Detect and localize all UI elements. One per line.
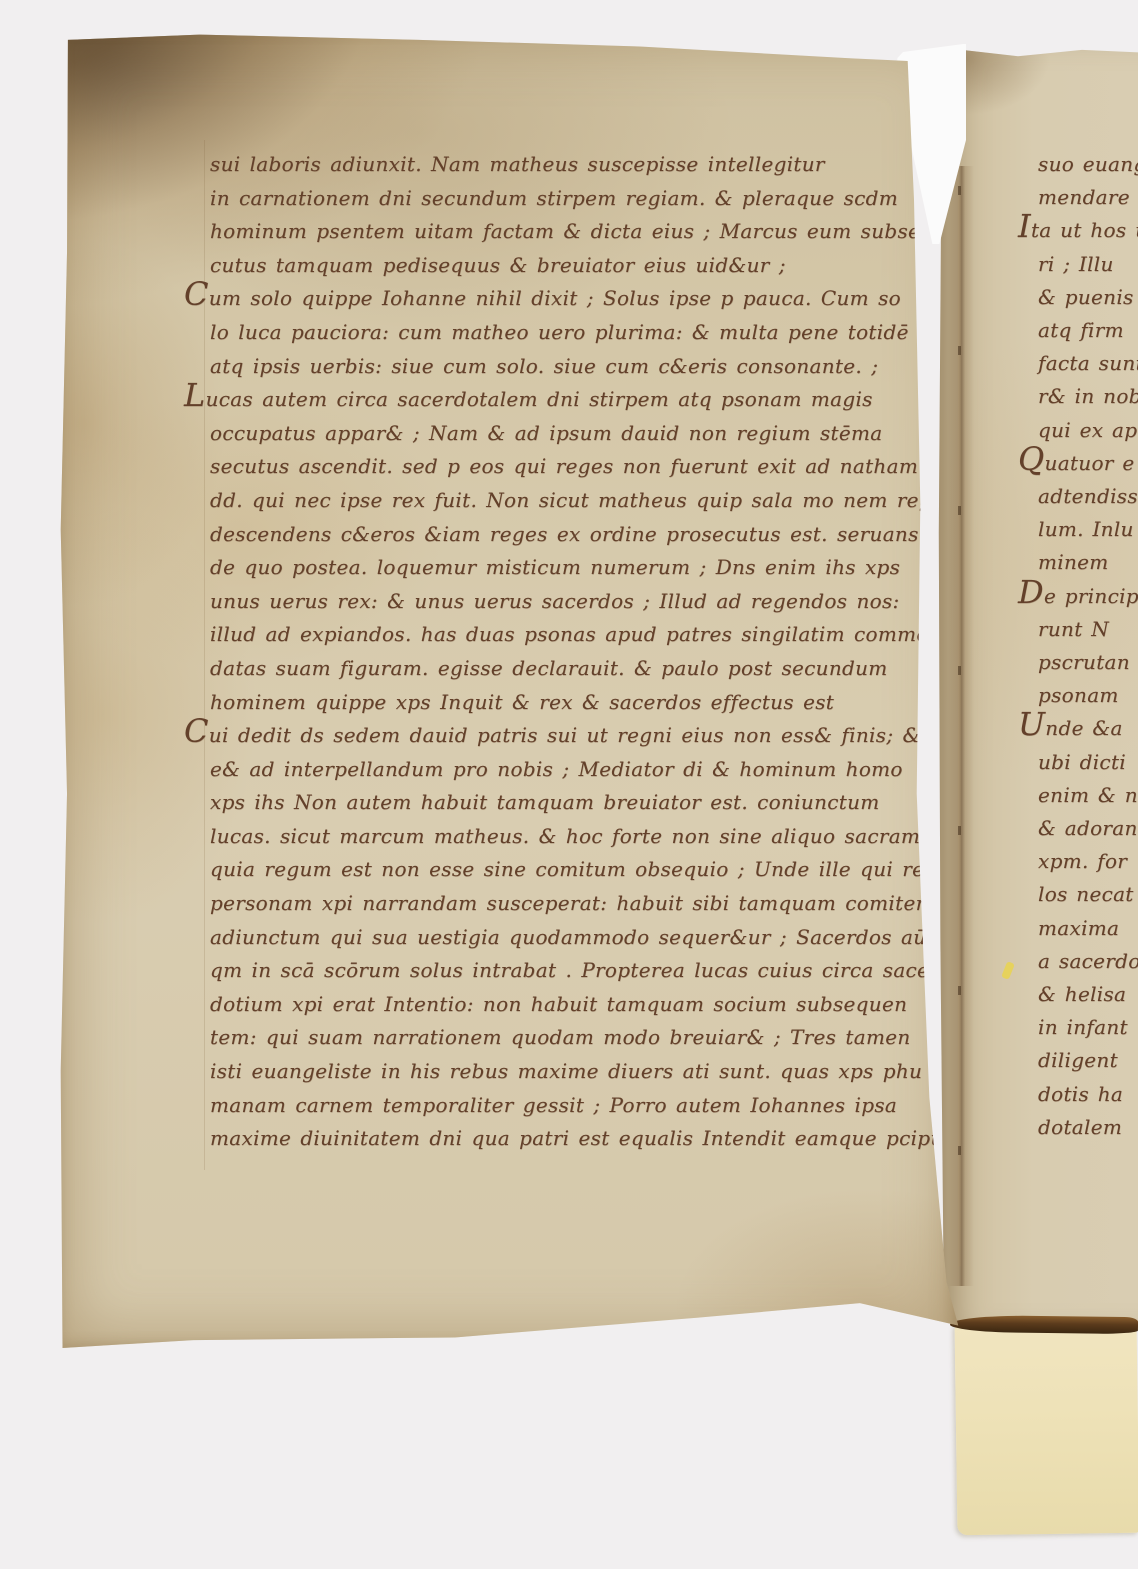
text-line: unus uerus rex: & unus uerus sacerdos ; … — [210, 585, 910, 619]
binding-seam — [948, 166, 974, 1286]
text-line: secutus ascendit. sed p eos qui reges no… — [210, 450, 910, 484]
text-line: qui ex ap — [1038, 414, 1138, 447]
text-line: & adoran — [1038, 812, 1138, 845]
text-line: a sacerdo — [1038, 945, 1138, 978]
text-line: descendens c&eros &iam reges ex ordine p… — [210, 518, 910, 552]
text-line: maxime diuinitatem dni qua patri est equ… — [210, 1122, 910, 1156]
text-line: runt N — [1038, 613, 1138, 646]
text-line: sui laboris adiunxit. Nam matheus suscep… — [210, 148, 910, 182]
facing-page-text: suo euangmendare cIta ut hos uri ; Illu&… — [1018, 148, 1138, 1144]
text-line: pscrutan — [1038, 646, 1138, 679]
text-line: de quo postea. loquemur misticum numerum… — [210, 551, 910, 585]
text-line: e& ad interpellandum pro nobis ; Mediato… — [210, 753, 910, 787]
text-line: Cui dedit ds sedem dauid patris sui ut r… — [184, 719, 910, 753]
text-line: manam carnem temporaliter gessit ; Porro… — [210, 1089, 910, 1123]
text-line: adtendiss — [1038, 480, 1138, 513]
text-line: & puenis — [1038, 281, 1138, 314]
text-line: & helisa — [1038, 978, 1138, 1011]
binding-stitches — [958, 186, 961, 1266]
text-line: lo luca pauciora: cum matheo uero plurim… — [210, 316, 910, 350]
text-line: ri ; Illu — [1038, 248, 1138, 281]
text-line: facta sunt — [1038, 347, 1138, 380]
text-line: los necat — [1038, 878, 1138, 911]
text-line: dotium xpi erat Intentio: non habuit tam… — [210, 988, 910, 1022]
text-line: dotis ha — [1038, 1078, 1138, 1111]
text-line: De princip — [1018, 580, 1138, 613]
text-line: maxima — [1038, 912, 1138, 945]
text-line: illud ad expiandos. has duas psonas apud… — [210, 618, 910, 652]
text-line: r& in nob — [1038, 380, 1138, 413]
text-line: suo euang — [1038, 148, 1138, 181]
text-line: lucas. sicut marcum matheus. & hoc forte… — [210, 820, 910, 854]
text-line: Cum solo quippe Iohanne nihil dixit ; So… — [184, 282, 910, 316]
text-line: Lucas autem circa sacerdotalem dni stirp… — [184, 383, 910, 417]
text-line: quia regum est non esse sine comitum obs… — [210, 853, 910, 887]
text-line: lum. Inlu — [1038, 513, 1138, 546]
text-line: in carnationem dni secundum stirpem regi… — [210, 182, 910, 216]
text-line: isti euangeliste in his rebus maxime diu… — [210, 1055, 910, 1089]
text-line: minem — [1038, 546, 1138, 579]
text-line: xps ihs Non autem habuit tamquam breuiat… — [210, 786, 910, 820]
manuscript-page: sui laboris adiunxit. Nam matheus suscep… — [58, 28, 960, 1348]
text-line: atq ipsis uerbis: siue cum solo. siue cu… — [210, 350, 910, 384]
facing-page: suo euangmendare cIta ut hos uri ; Illu&… — [938, 46, 1138, 1328]
text-line: enim & n — [1038, 779, 1138, 812]
text-line: mendare c — [1038, 181, 1138, 214]
text-line: adiunctum qui sua uestigia quodammodo se… — [210, 921, 910, 955]
text-line: personam xpi narrandam susceperat: habui… — [210, 887, 910, 921]
flyleaf-sheet — [955, 1321, 1138, 1536]
text-line: Ita ut hos u — [1018, 214, 1138, 247]
text-line: datas suam figuram. egisse declarauit. &… — [210, 652, 910, 686]
text-line: in infant — [1038, 1011, 1138, 1044]
text-line: cutus tamquam pedisequus & breuiator eiu… — [210, 249, 910, 283]
text-line: psonam — [1038, 679, 1138, 712]
manuscript-photo: suo euangmendare cIta ut hos uri ; Illu&… — [0, 0, 1138, 1569]
text-line: hominum psentem uitam factam & dicta eiu… — [210, 215, 910, 249]
text-line: hominem quippe xps Inquit & rex & sacerd… — [210, 686, 910, 720]
page-text-block: sui laboris adiunxit. Nam matheus suscep… — [210, 148, 910, 1156]
text-line: xpm. for — [1038, 845, 1138, 878]
text-line: dd. qui nec ipse rex fuit. Non sicut mat… — [210, 484, 910, 518]
text-line: occupatus appar& ; Nam & ad ipsum dauid … — [210, 417, 910, 451]
text-line: diligent — [1038, 1044, 1138, 1077]
text-line: qm in scā scōrum solus intrabat . Propte… — [210, 954, 910, 988]
text-line: atq firm — [1038, 314, 1138, 347]
text-line: tem: qui suam narrationem quodam modo br… — [210, 1021, 910, 1055]
text-line: Unde &a — [1018, 712, 1138, 745]
text-line: dotalem — [1038, 1111, 1138, 1144]
text-line: ubi dicti — [1038, 746, 1138, 779]
text-line: Quatuor e — [1018, 447, 1138, 480]
